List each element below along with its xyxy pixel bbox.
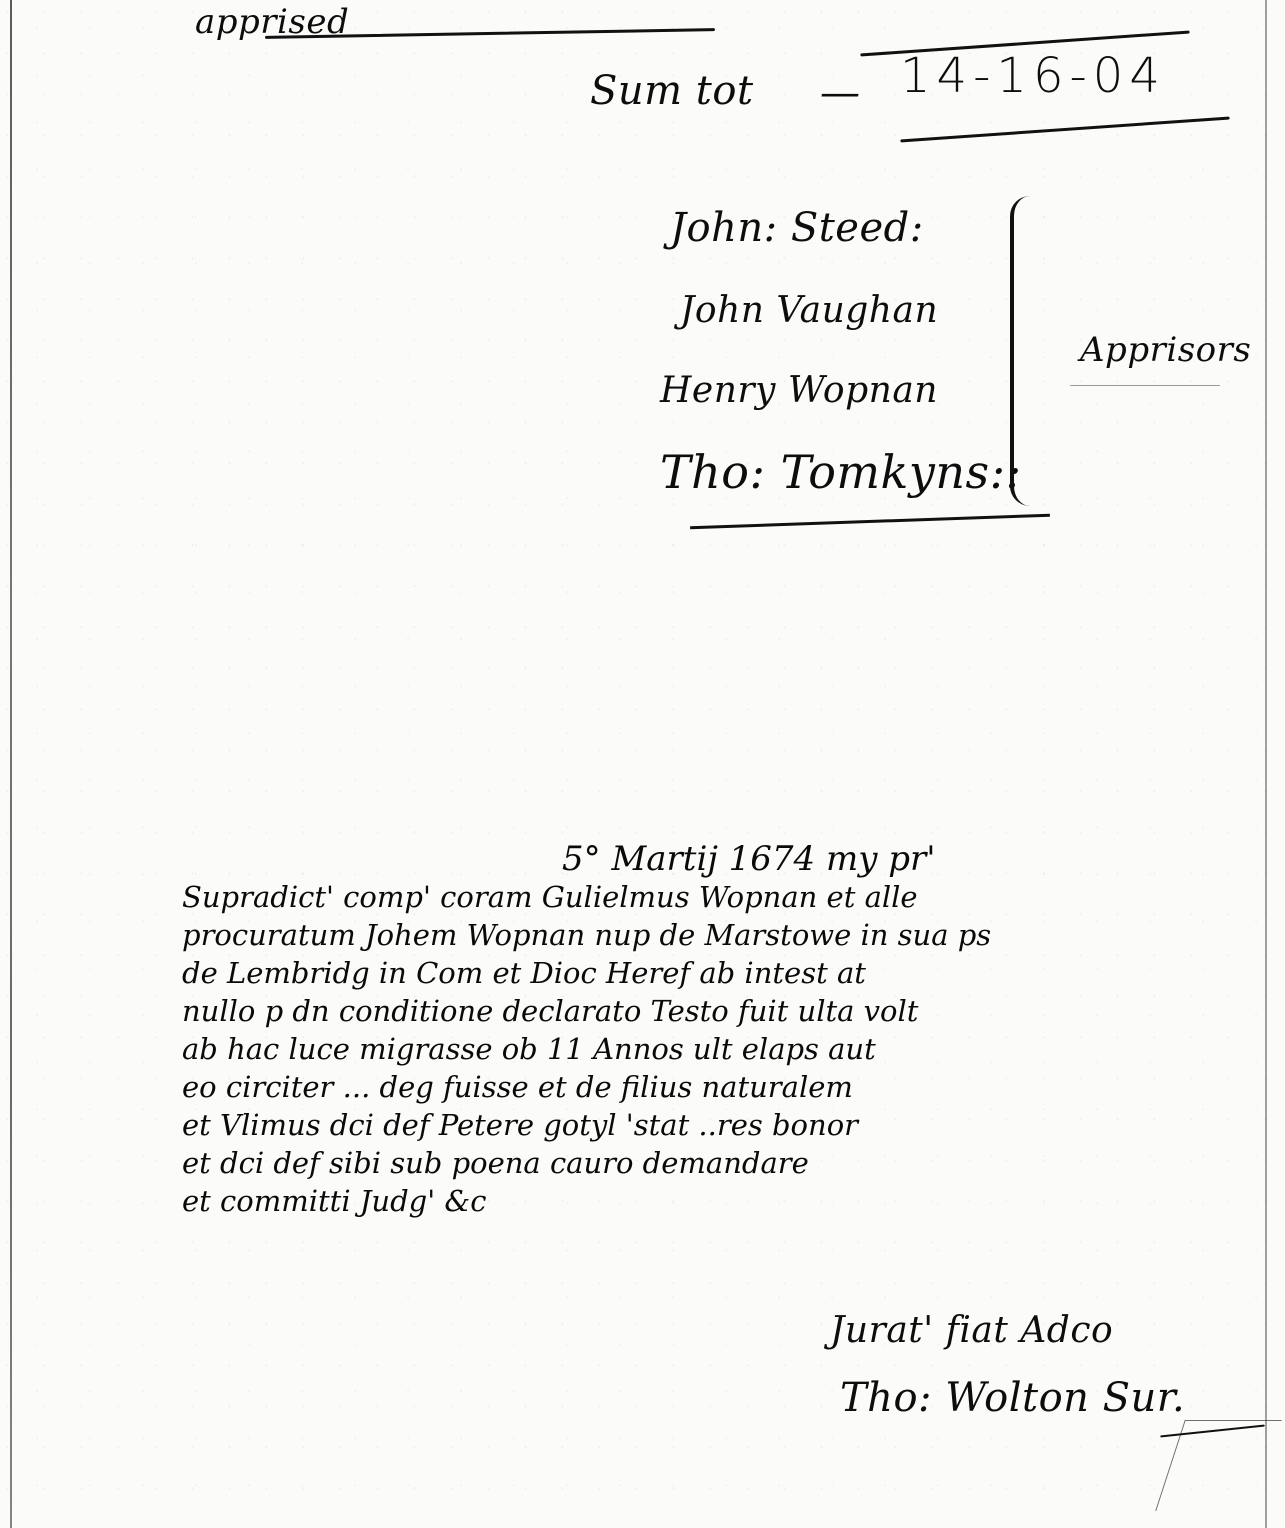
sum-total-dash: —	[820, 70, 861, 116]
memorandum-line-7: et Vlimus dci def Petere gotyl 'stat ..r…	[182, 1106, 1252, 1144]
paper-texture	[0, 0, 1285, 1528]
apprisors-underline	[1070, 385, 1220, 386]
left-paper-edge	[10, 0, 12, 1528]
appraiser-signature-4: Tho: Tomkyns::	[660, 445, 1022, 499]
memorandum-line-5: ab hac luce migrasse ob 11 Annos ult ela…	[182, 1030, 1252, 1068]
apprisors-label: Apprisors	[1080, 330, 1251, 370]
memorandum-body: 5° Martij 1674 my pr' Supradict' comp' c…	[182, 840, 1252, 1220]
surrogate-signature: Tho: Wolton Sur.	[840, 1375, 1185, 1421]
jurat-line: Jurat' fiat Adco	[830, 1310, 1113, 1351]
appraiser-signature-2: John Vaughan	[680, 290, 938, 331]
memorandum-date: 5° Martij 1674 my pr'	[182, 840, 1252, 878]
appraiser-signature-1: John: Steed:	[670, 205, 924, 251]
memorandum-line-4: nullo p dn conditione declarato Testo fu…	[182, 992, 1252, 1030]
memorandum-line-3: de Lembridg in Com et Dioc Heref ab inte…	[182, 954, 1252, 992]
signature-bottom-rule	[690, 514, 1050, 530]
memorandum-line-2: procuratum Johem Wopnan nup de Marstowe …	[182, 916, 1252, 954]
memorandum-line-1: Supradict' comp' coram Gulielmus Wopnan …	[182, 878, 1252, 916]
memorandum-line-9: et committi Judg' &c	[182, 1182, 1252, 1220]
right-paper-edge	[1265, 0, 1267, 1528]
appraiser-signature-3: Henry Wopnan	[660, 370, 938, 411]
sum-total-value: 14-16-04	[900, 48, 1166, 104]
sum-underline	[900, 116, 1229, 142]
appraisers-bracket	[1010, 196, 1044, 506]
memorandum-line-6: eo circiter ... deg fuisse et de filius …	[182, 1068, 1252, 1106]
memorandum-line-8: et dci def sibi sub poena cauro demandar…	[182, 1144, 1252, 1182]
sum-total-label: Sum tot	[590, 68, 754, 114]
document-page: apprised Sum tot — 14-16-04 John: Steed:…	[0, 0, 1285, 1528]
